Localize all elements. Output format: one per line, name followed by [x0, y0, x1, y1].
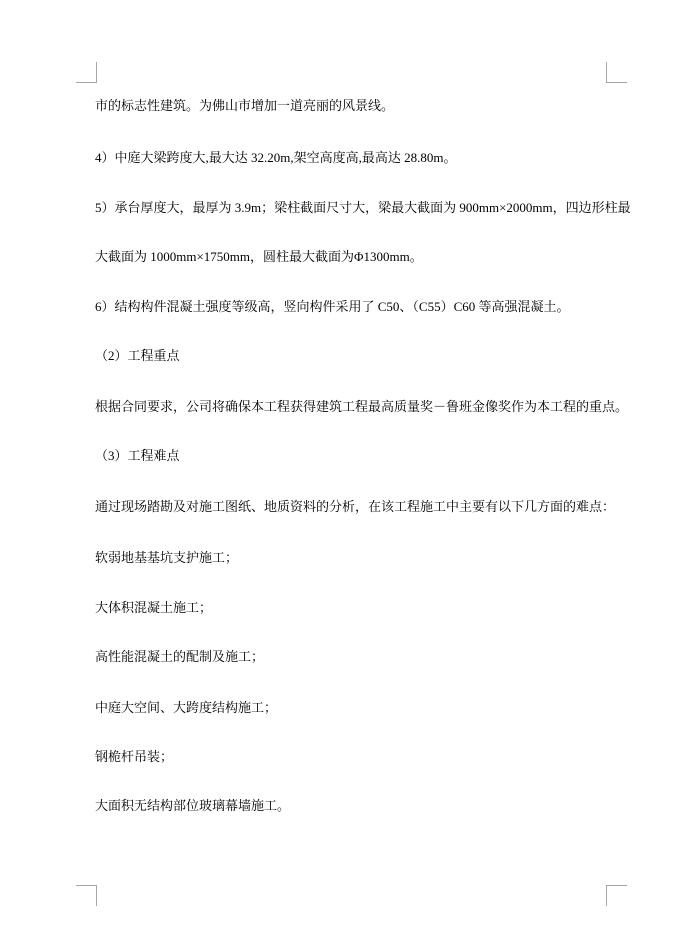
text-line: 6）结构构件混凝土强度等级高，竖向构件采用了 C50、（C55）C60 等高强混…	[95, 299, 570, 315]
text-line: 大体积混凝土施工；	[95, 600, 212, 616]
text-line: 通过现场踏勘及对施工图纸、地质资料的分析，在该工程施工中主要有以下几方面的难点：	[95, 499, 615, 515]
text-line: 4）中庭大梁跨度大,最大达 32.20m,架空高度高,最高达 28.80m。	[95, 150, 456, 166]
text-line: 根据合同要求，公司将确保本工程获得建筑工程最高质量奖－鲁班金像奖作为本工程的重点…	[95, 399, 628, 415]
text-line: 软弱地基基坑支护施工；	[95, 550, 238, 566]
document-page: 市的标志性建筑。为佛山市增加一道亮丽的风景线。 4）中庭大梁跨度大,最大达 32…	[0, 0, 673, 948]
text-line: 钢桅杆吊装；	[95, 749, 173, 765]
text-line-heading: （3）工程难点	[95, 448, 180, 464]
text-line: 高性能混凝土的配制及施工；	[95, 649, 264, 665]
margin-crop-mark-top-left	[76, 62, 97, 83]
margin-crop-mark-bottom-left	[76, 885, 97, 906]
text-line: 中庭大空间、大跨度结构施工；	[95, 700, 277, 716]
text-line: 大截面为 1000mm×1750mm，圆柱最大截面为Φ1300mm。	[95, 249, 423, 265]
margin-crop-mark-top-right	[606, 62, 627, 83]
text-line: 市的标志性建筑。为佛山市增加一道亮丽的风景线。	[95, 98, 394, 114]
text-line-heading: （2）工程重点	[95, 348, 180, 364]
text-line: 大面积无结构部位玻璃幕墙施工。	[95, 798, 290, 814]
text-line: 5）承台厚度大，最厚为 3.9m；梁柱截面尺寸大，梁最大截面为 900mm×20…	[95, 200, 631, 216]
margin-crop-mark-bottom-right	[606, 885, 627, 906]
